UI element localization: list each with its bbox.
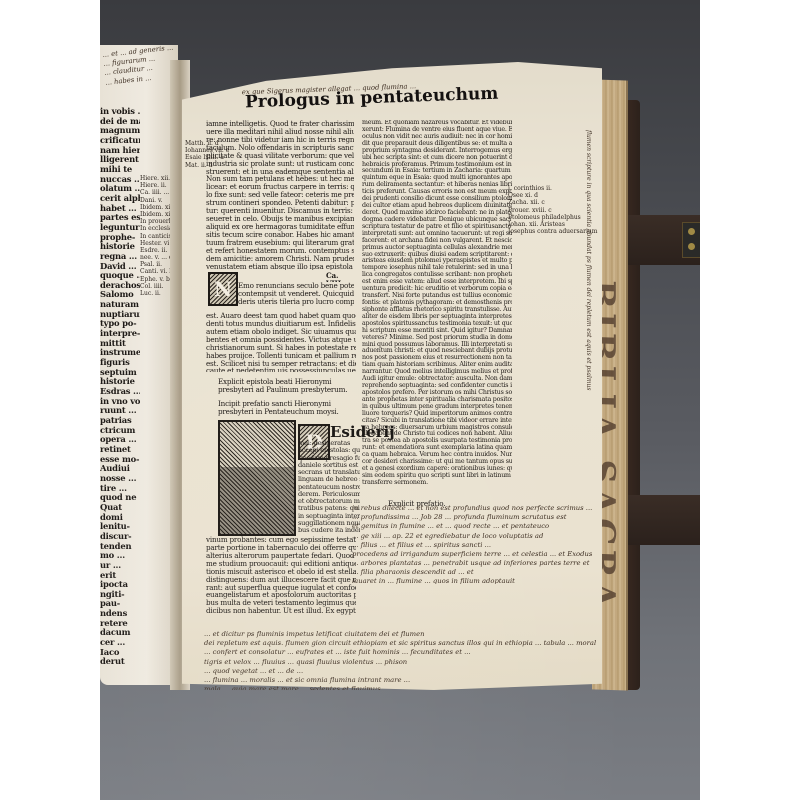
text-line: secrans ut translatum in latinam bbox=[298, 469, 360, 476]
text-line: hebraicis proferamus. Primum testimonium… bbox=[362, 162, 512, 169]
text-line: Dani. v. bbox=[140, 197, 176, 204]
text-line: Audiui bbox=[100, 464, 140, 474]
note-line: ... figurarum ... bbox=[103, 52, 178, 69]
left-page-text-column: in vobis ... dei de manumagnum estcrific… bbox=[100, 107, 140, 667]
text-line: transferre sermonem. bbox=[362, 480, 512, 487]
text-line: ruunt ... bbox=[100, 406, 140, 416]
text-line: opera ... bbox=[100, 435, 140, 445]
text-line: Ptolomeus philadelphus bbox=[508, 214, 542, 221]
text-line: parte portione in tabernaculo dei offerr… bbox=[206, 544, 356, 552]
text-line: et obtrectatorum meorum la- bbox=[298, 498, 360, 505]
text-line: caute et pedetentim uis possessiunculas … bbox=[206, 367, 356, 372]
text-line: Iosephus contra aduersarium bbox=[508, 228, 542, 235]
text-line: mala ... quia mare est mare ... sedentes… bbox=[204, 685, 596, 690]
text-line: mihi te bbox=[100, 165, 140, 175]
text-line: septuim bbox=[100, 368, 140, 378]
text-line: apostolos spiritussanctus testimonia tex… bbox=[362, 321, 512, 328]
text-line: et a genesi exordium capere: orationibus… bbox=[362, 466, 512, 473]
text-line: bus multa de veteri testamento legimus q… bbox=[206, 599, 356, 607]
decorated-initial-n-icon: N bbox=[208, 272, 238, 306]
text-line: sim eodem spiritu quo scripti sunt libri… bbox=[362, 473, 512, 480]
text-line: Matth. ii. d bbox=[185, 140, 205, 147]
text-line: tenden bbox=[100, 542, 140, 552]
text-line: cor desideri charissime: ut qui me tantu… bbox=[362, 459, 512, 466]
text-line: in rebus dilecte ... et non est profundi… bbox=[352, 504, 592, 513]
text-line: magnum est bbox=[100, 126, 140, 136]
text-line: ... flumina ... moralis ... et sic omnia… bbox=[204, 676, 596, 685]
text-line: typo po- bbox=[100, 319, 140, 329]
text-line: leguntur bbox=[100, 223, 140, 233]
inner-margin-printed-notes: Matth. ii. dIohannes vii. eEsaie lxiiii.… bbox=[185, 140, 205, 169]
text-line: tra se postea ab apostolis usurpata test… bbox=[362, 438, 512, 445]
text-line: ... ge xiii ... ap. 22 et egrediebatur d… bbox=[352, 532, 592, 541]
text-line: historie bbox=[100, 242, 140, 252]
text-line: est. Scilicet nisi tu semper retractans:… bbox=[206, 360, 356, 368]
text-line: ... profundissima ... Job 28 ... profund… bbox=[352, 513, 592, 522]
text-line: distinguens: dum aut illucescere facit q… bbox=[206, 576, 356, 584]
text-line: Ibidem. xii. bbox=[140, 211, 176, 218]
text-line: iamne intelligetis. Quod te frater chari… bbox=[206, 120, 354, 128]
text-line: denti totus mundus diuitiarum est. Infid… bbox=[206, 320, 356, 328]
text-line: derut bbox=[100, 657, 140, 667]
text-line: ipocta bbox=[100, 580, 140, 590]
text-line: alterius alterorum paupertate fedari. Qu… bbox=[206, 552, 356, 560]
text-line: et refert honestatem morum. contemptus s… bbox=[206, 247, 354, 255]
note-line: ... et ... ad generis ... bbox=[102, 43, 177, 60]
text-line: aristeas eiusdem ptolomei yperaspistes e… bbox=[362, 258, 512, 265]
text-line: pau- bbox=[100, 599, 140, 609]
text-line: habet ... bbox=[100, 204, 140, 214]
text-line: Psal. ii. bbox=[140, 261, 176, 268]
text-line: procedens ad irrigandum superficiem terr… bbox=[352, 550, 592, 559]
page-heading: Prologus in pentateuchum bbox=[245, 84, 499, 113]
text-line: interpre- bbox=[100, 329, 140, 339]
text-line: plicitate & quasi vilitate verborum: que… bbox=[206, 152, 354, 160]
text-line: ctricum bbox=[100, 426, 140, 436]
right-page: ex que Sigerus magister allegat ... quod… bbox=[182, 62, 602, 690]
text-line: patrias bbox=[100, 416, 140, 426]
text-line: in quibus ultimum pene gradum interprete… bbox=[362, 404, 512, 411]
text-line: lenitu- bbox=[100, 522, 140, 532]
text-line: aliquid ex ore hermagoras tumiditate eff… bbox=[206, 223, 354, 231]
text-line: tuum fratrem eusebium: qui literarum gra… bbox=[206, 239, 354, 247]
text-line: crificatur ... bbox=[100, 136, 140, 146]
text-line: ... filius ... et filius et ... spiritus… bbox=[352, 541, 592, 550]
vertical-handwritten-notes: flumen scripture in qua scientia abundat… bbox=[540, 130, 592, 500]
text-line: quintum eque in Esaia: quod multi ignora… bbox=[362, 175, 512, 182]
text-line: olatum ... bbox=[100, 184, 140, 194]
text-line: deret. Quod maxime idcirco faciebant: ne… bbox=[362, 210, 512, 217]
text-line: lligerent ... bbox=[100, 155, 140, 165]
text-line: quoque ... bbox=[100, 271, 140, 281]
text-line: Mat. ii. d bbox=[185, 162, 205, 169]
chapter-marker: Ca. VIII. bbox=[326, 272, 356, 282]
text-line: Quat bbox=[100, 503, 140, 513]
prefatio-continuation: vinum probantes: cum ego sepissime testa… bbox=[206, 536, 356, 628]
text-line: i. corinthios ii. bbox=[508, 185, 542, 192]
text-line: autem etiam obolo indiget. Sic uiuamus q… bbox=[206, 328, 356, 336]
text-line: suggillationem noua pro veteri- bbox=[298, 520, 360, 527]
text-line: fontis: et platonis pythagoram: et demos… bbox=[362, 300, 512, 307]
bottom-handwritten-full: ... et dicitur ps fluminis impetus letif… bbox=[204, 630, 596, 690]
text-line: Audi igitur emule: obtrectator: ausculta… bbox=[362, 376, 512, 383]
text-line: ... quod vegetat ... et ... de ... bbox=[204, 667, 596, 676]
explicit-prefatio: Explicit prefatio. bbox=[388, 500, 498, 510]
text-line: narrantur. Quod melius intelligimus meli… bbox=[362, 369, 512, 376]
metal-clasp-icon bbox=[682, 222, 700, 258]
text-line: tigris et velox ... fluuius ... quasi fl… bbox=[204, 658, 596, 667]
text-line: strum contineri spondeo. Petenti dabitur… bbox=[206, 199, 354, 207]
text-line: dei repletum est aquis. flumen gion circ… bbox=[204, 639, 596, 648]
text-line: habes proijce. Tollenti tunicam et palli… bbox=[206, 352, 356, 360]
text-line: siphonte afflatus rhetorico spiritu tran… bbox=[362, 307, 512, 314]
text-line: naturam bbox=[100, 300, 140, 310]
text-line: lo fixe sunt: sed velle fateor: ceteris … bbox=[206, 191, 354, 199]
text-line: dacum bbox=[100, 628, 140, 638]
left-top-handwritten-note: ... et ... ad generis ... ... figurarum … bbox=[102, 43, 180, 91]
incipit-prefatio: Incipit prefatio sancti Hieronymi presby… bbox=[218, 400, 356, 418]
text-line: retinet bbox=[100, 445, 140, 455]
prologue-column-left: iamne intelligetis. Quod te frater chari… bbox=[206, 120, 354, 270]
text-line: euangelistarum et apostolorum auctoritas… bbox=[206, 591, 356, 599]
text-line: Col. iiii. bbox=[140, 283, 176, 290]
text-line: bentes et omnia possidentes. Victus atqu… bbox=[206, 336, 356, 344]
text-line: mittit bbox=[100, 339, 140, 349]
text-line: nee. v. ... et d. 7 bbox=[140, 254, 176, 261]
text-line: cerit alpha- bbox=[100, 194, 140, 204]
text-line: Iaco bbox=[100, 648, 140, 658]
text-line: aduentum christi: et quod nesciebant dub… bbox=[362, 348, 512, 355]
text-line: Salomo bbox=[100, 290, 140, 300]
text-line: deris uteris tileria pro lucro computa. … bbox=[238, 298, 354, 306]
book-back-cover bbox=[612, 100, 640, 690]
text-line: proprium syntagma desiderant. Interrogem… bbox=[362, 148, 512, 155]
text-line: me studium prouocauit: qui editioni anti… bbox=[206, 560, 356, 568]
clasp-strap-top bbox=[620, 215, 700, 265]
text-line: discur- bbox=[100, 532, 140, 542]
text-line: tur: querenti inuenitur. Discamus in ter… bbox=[206, 207, 354, 215]
note-line: ... habes in ... bbox=[105, 71, 180, 88]
right-margin-printed-notes: i. corinthios ii.Osee xi. dZacha. xii. c… bbox=[508, 185, 542, 235]
text-line: Ca. iiii. ... Iona bbox=[140, 189, 176, 196]
text-line: licear: et eorum fructus carpere in terr… bbox=[206, 183, 354, 191]
text-line: linguam de hebreo sermone bbox=[298, 476, 360, 483]
text-line: In ecclesiaste bbox=[140, 225, 176, 232]
text-line: secundum in Esaia: tertium in Zacharia: … bbox=[362, 168, 512, 175]
text-line: lica congregatos contulisse scribant: no… bbox=[362, 272, 512, 279]
text-line: In canticis bbox=[140, 233, 176, 240]
text-line: nosse ... bbox=[100, 474, 140, 484]
text-line: pentateucum nostrorum auribus tra- bbox=[298, 484, 360, 491]
text-line: rant: aut superflua queque iugulat et co… bbox=[206, 584, 356, 592]
text-line: dei de manu bbox=[100, 117, 140, 127]
text-line: ... arbores plantatas ... penetrabit usq… bbox=[352, 559, 592, 568]
text-line: in septuaginta interpretum bbox=[298, 513, 360, 520]
text-line: lauaret in ... flumine ... quos in filiu… bbox=[352, 577, 592, 584]
text-line: sitis tecum scire conabor. Habes hic ama… bbox=[206, 231, 354, 239]
text-line: interpretati sunt: aut omnino tacuerunt:… bbox=[362, 231, 512, 238]
text-line: est. Auaro deest tam quod habet quam quo… bbox=[206, 312, 356, 320]
desiderii-text: mei: desideratasaccepi epistolas: quequo… bbox=[298, 440, 360, 532]
text-line: Non sum tam petulans et hebes: ut hec me… bbox=[206, 175, 354, 183]
text-line: aliter de eisdem libris per septuaginta … bbox=[362, 314, 512, 321]
top-handwritten-annotation: ex que Sigerus magister allegat ... quod… bbox=[242, 76, 603, 111]
text-line: uere illa meditari nihil aliud nosse nih… bbox=[206, 128, 354, 136]
text-line: figuris bbox=[100, 358, 140, 368]
text-line: struerent: et in una eademque sententia … bbox=[206, 168, 354, 176]
text-line: illi habent de Christo tui codices non h… bbox=[362, 431, 512, 438]
text-line: suo extruxerit: quibus diuisi eadem scri… bbox=[362, 252, 512, 259]
text-line: nuptiarum bbox=[100, 310, 140, 320]
text-line: tiam quam historiam scribimus. Aliter en… bbox=[362, 362, 512, 369]
text-line: Osee xi. d bbox=[508, 192, 542, 199]
text-line: derem. Periculosum opus certe bbox=[298, 491, 360, 498]
text-line: Ibidem. xi. bbox=[140, 204, 176, 211]
text-line: tionis miscuit asterisco et obelo id est… bbox=[206, 568, 356, 576]
text-line: dem amicitie: amorem Christi. Nam pruden… bbox=[206, 255, 354, 263]
text-line: reprehendo septuaginta: sed confidenter … bbox=[362, 383, 512, 390]
text-line: dei prudenti consilio dicunt esse consil… bbox=[362, 196, 512, 203]
text-line: historie bbox=[100, 377, 140, 387]
text-line: Zacha. xii. c bbox=[508, 199, 542, 206]
text-line: Hiere. xii. bbox=[140, 175, 176, 182]
text-line: cer ... bbox=[100, 638, 140, 648]
text-line: ur ... bbox=[100, 561, 140, 571]
text-line: est enim esse vatem: aliud esse interpre… bbox=[362, 279, 512, 286]
text-line: contempsit ut venderet. Quicquid in sump… bbox=[238, 290, 354, 298]
text-line: Hiere. ii. bbox=[140, 182, 176, 189]
text-line: meum. Et quoniam nazareus vocabitur. Et … bbox=[362, 120, 512, 127]
text-line: ante prophetas inter spiritualia charism… bbox=[362, 397, 512, 404]
text-line: David ... bbox=[100, 262, 140, 272]
text-line: uentura predicit: hic eruditio et verbor… bbox=[362, 286, 512, 293]
note-line: flumen scripture in qua scientia abundat… bbox=[585, 130, 592, 390]
text-line: Prouer. xviii. c bbox=[508, 207, 542, 214]
text-line: in vobis ... bbox=[100, 107, 140, 117]
bottom-handwritten-right: in rebus dilecte ... et non est profundi… bbox=[352, 504, 592, 584]
text-line: christianorum sunt. Si habes in potestat… bbox=[206, 344, 356, 352]
text-line: Esdre. ii. bbox=[140, 247, 176, 254]
text-line: ... et dicitur ps fluminis impetus letif… bbox=[204, 630, 596, 639]
text-line: ngiti- bbox=[100, 590, 140, 600]
text-line: seueret in celo. Obuijs te manibus excip… bbox=[206, 215, 354, 223]
text-line: facerent: et archana fidei non vulgarent… bbox=[362, 238, 512, 245]
second-paragraph: est. Auaro deest tam quod habet quam quo… bbox=[206, 312, 356, 372]
text-line: mini quod possumus laboramus. Illi inter… bbox=[362, 342, 512, 349]
text-line: Esaie lxiiii. a bbox=[185, 154, 205, 161]
text-line: Iohannes vii. e bbox=[185, 147, 205, 154]
text-line: accepi epistolas: que bbox=[298, 447, 360, 454]
text-line: nam hieru- bbox=[100, 146, 140, 156]
text-line: Emo renuncians seculo bene potest uender… bbox=[238, 282, 354, 290]
text-line: ... filia pharaonis descendit ad ... et bbox=[352, 568, 592, 577]
text-line: dicibus non habentur. Ut est illud. Ex e… bbox=[206, 607, 356, 615]
text-line: tempore iosephus nihil tale retulerint: … bbox=[362, 265, 512, 272]
text-line: venustatem etiam absque illo ipsa episto… bbox=[206, 263, 354, 270]
text-line: partes est bbox=[100, 213, 140, 223]
text-line: runt: et emendatiora sunt exemplaria lat… bbox=[362, 445, 512, 452]
desiderii-heading: Esiderij bbox=[330, 424, 395, 441]
text-line: rum deliramenta sectantur: et hiberas ne… bbox=[362, 182, 512, 189]
text-line: industria sic prolate sunt: ut rusticam … bbox=[206, 160, 354, 168]
text-line: In prouerbijs. bbox=[140, 218, 176, 225]
text-line: mei: desideratas bbox=[298, 440, 360, 447]
text-line: erit bbox=[100, 571, 140, 581]
text-line: hi scriptum esse mentiti sint. Quid igit… bbox=[362, 328, 512, 335]
text-line: vinum probantes: cum ego sepissime testa… bbox=[206, 536, 356, 544]
text-line: Hester. vi bbox=[140, 240, 176, 247]
text-line: citas? Sicubi in translatione tibi video… bbox=[362, 418, 512, 425]
second-paragraph-start: Emo renuncians seculo bene potest uender… bbox=[238, 282, 354, 312]
text-line: ndens bbox=[100, 609, 140, 619]
text-line: mo ... bbox=[100, 551, 140, 561]
clasp-strap-bottom bbox=[620, 495, 700, 545]
text-line: Luc. ii. bbox=[140, 290, 176, 297]
text-line: tire ... bbox=[100, 484, 140, 494]
decorated-initial-d-icon: D bbox=[298, 424, 330, 460]
woodcut-illustration bbox=[218, 420, 296, 536]
text-line: instrumenti bbox=[100, 348, 140, 358]
explicit-epistola: Explicit epistola beati Hieronymi presby… bbox=[218, 378, 356, 398]
text-line: et gemitus in flumine ... et ... quod re… bbox=[352, 522, 592, 531]
text-line: xerunt: Flumina de ventre eius fluent aq… bbox=[362, 127, 512, 134]
text-line: derachos bbox=[100, 281, 140, 291]
text-line: esse mo- bbox=[100, 455, 140, 465]
text-line: Iohan. xii. Aristeas bbox=[508, 221, 542, 228]
text-line: ticis preferunt. Causas erroris non est … bbox=[362, 189, 512, 196]
text-line: ubi hec scripta sint: et cum dicere non … bbox=[362, 155, 512, 162]
text-line: transfert. Nisi forte putandus est tulli… bbox=[362, 293, 512, 300]
text-line: primus auctor septuaginta cellulas alexa… bbox=[362, 245, 512, 252]
text-line: dogma cadere videbatur. Denique ubicunqu… bbox=[362, 217, 512, 224]
fore-edge: BIBLIA SACRA bbox=[592, 79, 628, 690]
text-line: daniele sortitus est nomen: ob- bbox=[298, 462, 360, 469]
text-line: ... confert et consolatur ... eufrates e… bbox=[204, 648, 596, 657]
text-line: re: nonne tibi videtur iam hic in terris… bbox=[206, 136, 354, 144]
book-photo: BIBLIA SACRA ... et ... ad generis ... .… bbox=[100, 0, 700, 800]
text-line: ca quam hebraica. Verum hec contra inuid… bbox=[362, 452, 512, 459]
text-line: regna ... bbox=[100, 252, 140, 262]
text-line: retere bbox=[100, 619, 140, 629]
fore-edge-inscription: BIBLIA SACRA bbox=[596, 280, 622, 613]
text-line: oculus non vidit nec auris audiuit: nec … bbox=[362, 134, 512, 141]
text-line: quod ne bbox=[100, 493, 140, 503]
text-line: liuore torqueris? Quid imperitorum animo… bbox=[362, 411, 512, 418]
text-line: Esdras ... bbox=[100, 387, 140, 397]
text-line: quodam presagio futurorum cum bbox=[298, 455, 360, 462]
text-line: tratibus patens: qui me asserunt bbox=[298, 505, 360, 512]
book-gutter bbox=[170, 60, 190, 690]
text-line: veteres? Minime. Sed post priorum studia… bbox=[362, 335, 512, 342]
text-line: domi bbox=[100, 513, 140, 523]
text-line: prophe- bbox=[100, 233, 140, 243]
text-line: dit que preparauit deus diligentibus se:… bbox=[362, 141, 512, 148]
text-line: Ephe. v. b bbox=[140, 276, 176, 283]
text-line: bus cudere ita ingenium quasi bbox=[298, 527, 360, 532]
text-line: taculum. Nolo offendaris in scripturis s… bbox=[206, 144, 354, 152]
left-page: ... et ... ad generis ... ... figurarum … bbox=[100, 45, 178, 685]
text-line: ga hebreos: diuersarum urbium magistros … bbox=[362, 425, 512, 432]
text-line: dei cultor etiam apud hebreos duplicem d… bbox=[362, 203, 512, 210]
text-line: Canti. vi. b bbox=[140, 268, 176, 275]
text-line: nos post passionem eius et resurrectione… bbox=[362, 355, 512, 362]
text-line: scriptura testatur de patre et filio et … bbox=[362, 224, 512, 231]
left-page-margin-notes: Hiere. xii.Hiere. ii.Ca. iiii. ... IonaD… bbox=[140, 175, 176, 297]
text-line: apostolos prefero. Per istorum os mihi C… bbox=[362, 390, 512, 397]
text-line: nuccas ... bbox=[100, 175, 140, 185]
prologue-column-right: meum. Et quoniam nazareus vocabitur. Et … bbox=[362, 120, 512, 500]
text-line: in vno vo- bbox=[100, 397, 140, 407]
note-line: ... clauditur ... bbox=[104, 61, 179, 78]
